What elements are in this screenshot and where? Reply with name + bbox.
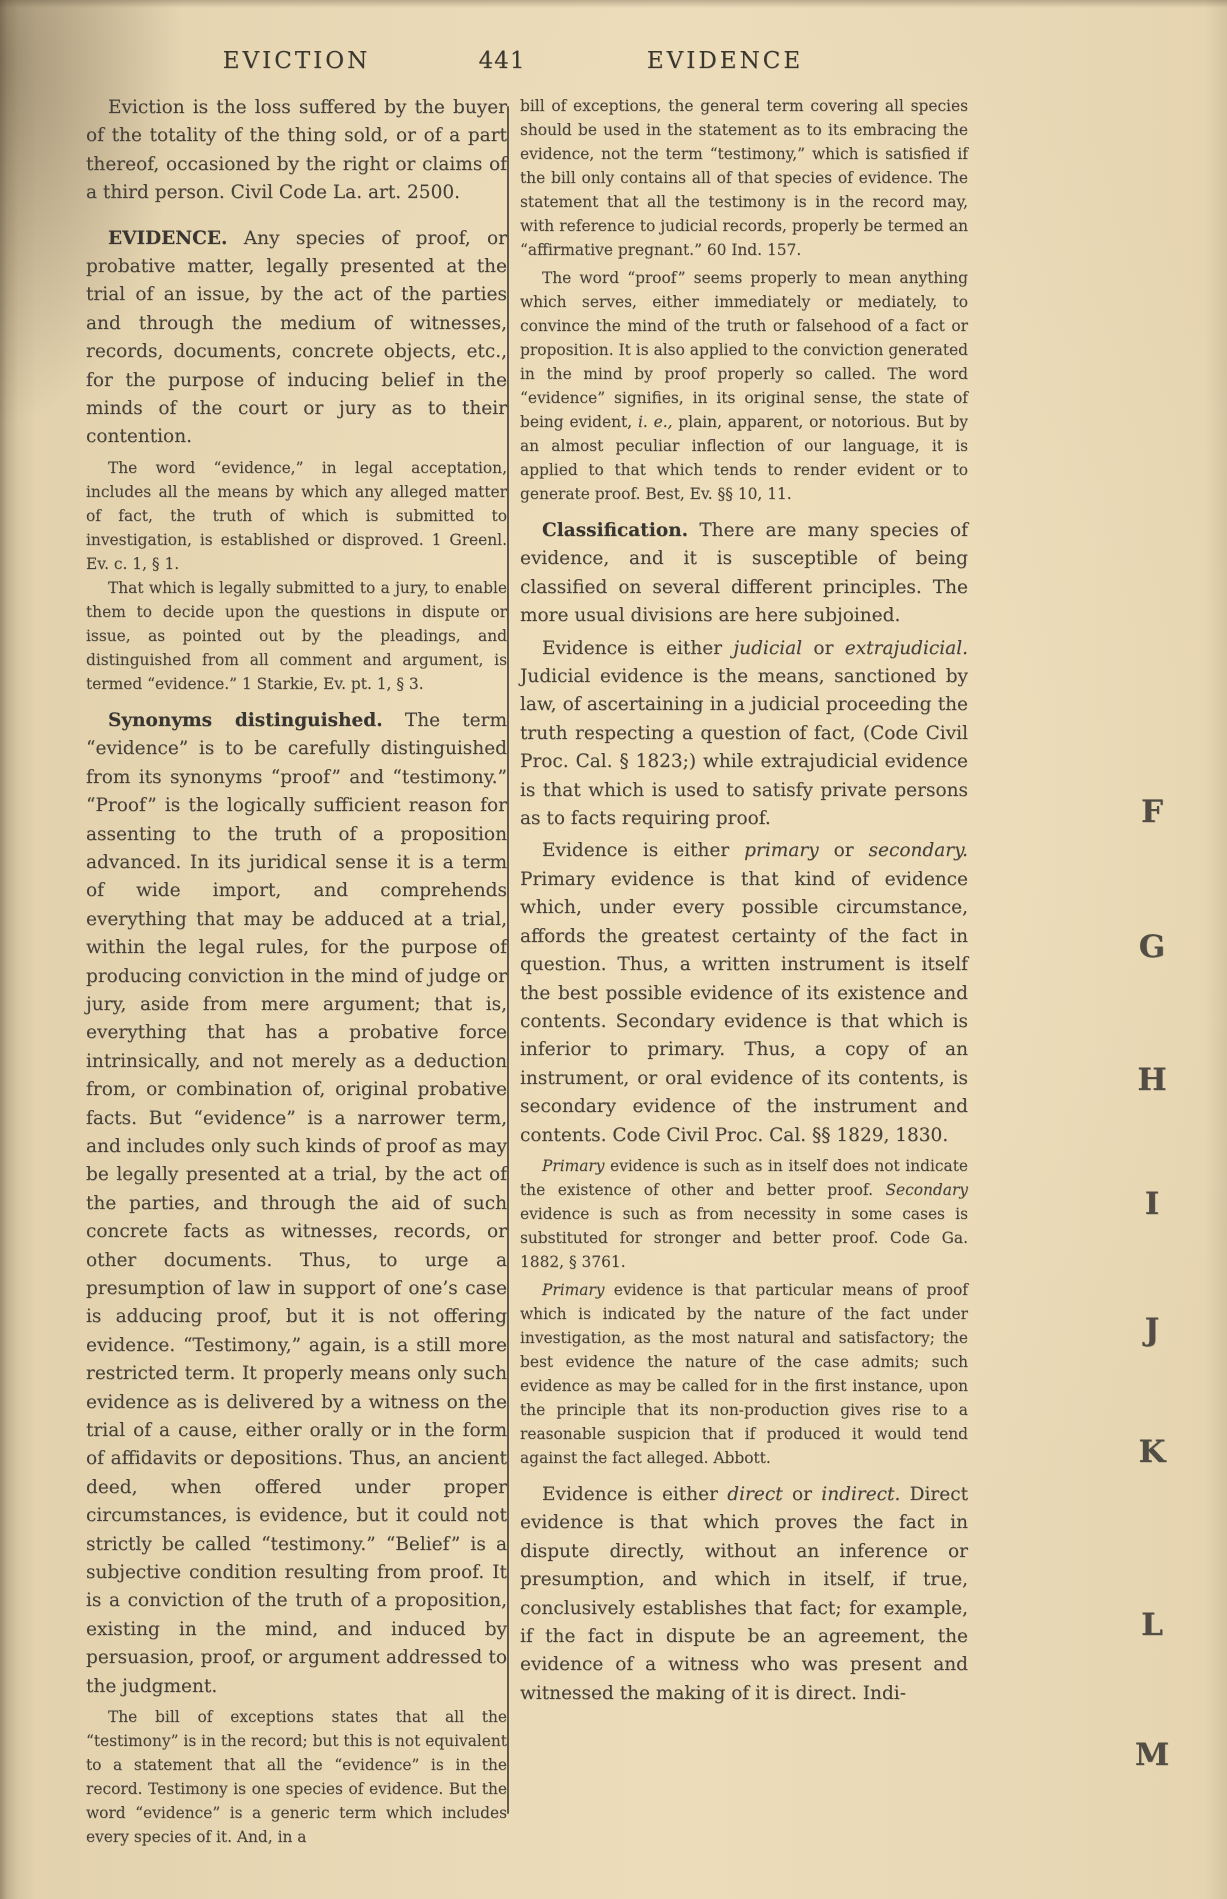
text: Evidence is either — [542, 840, 744, 861]
bill-of-exceptions-paragraph: The bill of exceptions states that all t… — [86, 1705, 507, 1849]
entry-eviction-text: Eviction is the loss suffered by the buy… — [86, 97, 507, 203]
citation-paragraph-starkie: That which is legally submitted to a jur… — [86, 576, 507, 696]
entry-eviction-paragraph: Eviction is the loss suffered by the buy… — [86, 94, 507, 208]
text: evidence is that particular means of pro… — [520, 1281, 968, 1467]
text: evidence is such as from necessity in so… — [520, 1205, 968, 1271]
classification-heading: Classification. — [542, 520, 688, 541]
primary-secondary-paragraph: Evidence is either primary or secondary.… — [520, 837, 968, 1149]
text: Judicial evidence is the means, sanction… — [520, 666, 968, 829]
thumb-tab-k: K — [1128, 1434, 1176, 1470]
thumb-tab-j: J — [1128, 1312, 1176, 1348]
code-georgia-paragraph: Primary evidence is such as in itself do… — [520, 1154, 968, 1274]
text: or — [819, 840, 869, 861]
running-head-right: EVIDENCE — [520, 48, 930, 74]
synonyms-heading: Synonyms distinguished. — [108, 710, 383, 731]
continuation-paragraph: bill of exceptions, the general term cov… — [520, 94, 968, 262]
dictionary-page: EVICTION 441 EVIDENCE Eviction is the lo… — [0, 0, 1227, 1899]
column-divider-rule — [507, 106, 509, 1814]
left-column: Eviction is the loss suffered by the buy… — [86, 94, 507, 1849]
citation-text: The word “evidence,” in legal acceptatio… — [86, 459, 507, 573]
judicial-extrajudicial-paragraph: Evidence is either judicial or extrajudi… — [520, 635, 968, 834]
thumb-tab-i: I — [1128, 1186, 1176, 1222]
text: or — [802, 638, 845, 659]
word-proof-text: The word “proof” seems properly to mean … — [520, 269, 968, 431]
term-indirect: indirect. — [821, 1484, 900, 1505]
term-extrajudicial: extrajudicial. — [845, 638, 968, 659]
citation-text: That which is legally submitted to a jur… — [86, 579, 507, 693]
text: Evidence is either — [542, 1484, 727, 1505]
term-direct: direct — [727, 1484, 782, 1505]
running-head-left: EVICTION — [86, 48, 507, 74]
term-primary: primary — [744, 840, 818, 861]
entry-evidence-paragraph: EVIDENCE. Any species of proof, or proba… — [86, 225, 507, 452]
thumb-tab-l: L — [1128, 1607, 1176, 1643]
term-secondary: Secondary — [885, 1181, 968, 1199]
continuation-text: bill of exceptions, the general term cov… — [520, 97, 968, 259]
word-proof-paragraph: The word “proof” seems properly to mean … — [520, 266, 968, 506]
thumb-tab-g: G — [1128, 929, 1176, 965]
direct-indirect-paragraph: Evidence is either direct or indirect. D… — [520, 1481, 968, 1708]
text: Primary evidence is that kind of evidenc… — [520, 869, 968, 1146]
thumb-tab-h: H — [1128, 1062, 1176, 1098]
thumb-tab-f: F — [1128, 794, 1176, 830]
abbott-paragraph: Primary evidence is that particular mean… — [520, 1278, 968, 1470]
term-primary: Primary — [542, 1157, 604, 1175]
right-column: bill of exceptions, the general term cov… — [520, 94, 968, 1708]
text: Evidence is either — [542, 638, 733, 659]
bill-of-exceptions-text: The bill of exceptions states that all t… — [86, 1708, 507, 1846]
synonyms-body: The term “evidence” is to be carefully d… — [86, 710, 507, 1697]
text: Direct evidence is that which proves the… — [520, 1484, 968, 1704]
term-judicial: judicial — [733, 638, 802, 659]
synonyms-distinguished-paragraph: Synonyms distinguished. The term “eviden… — [86, 707, 507, 1701]
citation-paragraph-greenleaf: The word “evidence,” in legal acceptatio… — [86, 456, 507, 576]
latin-abbreviation: i. e., — [638, 413, 673, 431]
classification-paragraph: Classification. There are many species o… — [520, 517, 968, 631]
term-secondary: secondary. — [869, 840, 968, 861]
text: or — [783, 1484, 822, 1505]
entry-evidence-headword: EVIDENCE. — [108, 228, 227, 249]
term-primary: Primary — [542, 1281, 604, 1299]
entry-evidence-definition: Any species of proof, or probative matte… — [86, 228, 507, 448]
thumb-tab-m: M — [1128, 1737, 1176, 1773]
